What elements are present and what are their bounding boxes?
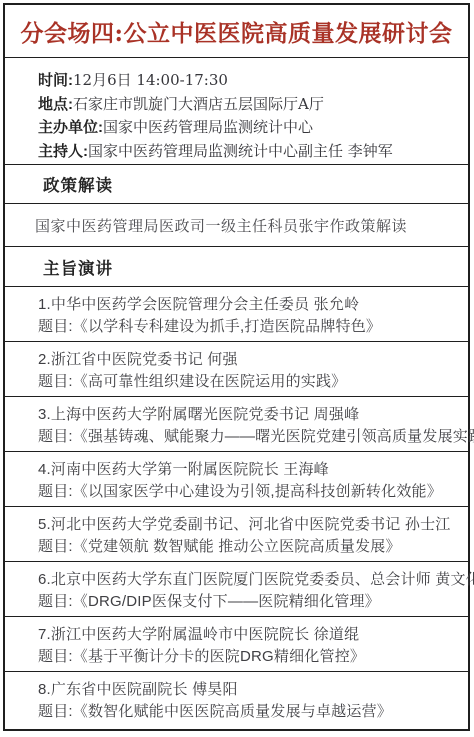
speech-speaker: 1.中华中医药学会医院管理分会主任委员 张允岭 [38, 294, 460, 316]
info-line-organizer: 主办单位:国家中医药管理局监测统计中心 [38, 116, 458, 140]
title-row: 分会场四:公立中医医院高质量发展研讨会 [5, 5, 468, 58]
page-title: 分会场四:公立中医医院高质量发展研讨会 [21, 15, 453, 48]
info-value-host: 国家中医药管理局监测统计中心副主任 李钟军 [88, 142, 393, 160]
section-header-keynote: 主旨演讲 [5, 247, 468, 287]
info-label-time: 时间: [38, 72, 73, 89]
speech-speaker: 6.北京中医药大学东直门医院厦门医院党委委员、总会计师 黄文化 [38, 569, 460, 591]
speech-topic: 题目:《高可靠性组织建设在医院运用的实践》 [38, 371, 460, 393]
speech-topic: 题目:《以学科专科建设为抓手,打造医院品牌特色》 [38, 316, 460, 338]
policy-content-row: 国家中医药管理局医政司一级主任科员张宇作政策解读 [5, 204, 468, 247]
info-label-organizer: 主办单位: [38, 119, 103, 136]
speech-item-2: 2.浙江省中医院党委书记 何强 题目:《高可靠性组织建设在医院运用的实践》 [5, 342, 468, 397]
info-label-location: 地点: [38, 96, 73, 113]
speech-item-8: 8.广东省中医院副院长 傅昊阳 题目:《数智化赋能中医医院高质量发展与卓越运营》 [5, 672, 468, 729]
section-header-policy-label: 政策解读 [43, 172, 113, 196]
agenda-table: 分会场四:公立中医医院高质量发展研讨会 时间:12月6日 14:00-17:30… [3, 3, 470, 731]
speech-topic: 题目:《党建领航 数智赋能 推动公立医院高质量发展》 [38, 536, 460, 558]
speech-speaker: 4.河南中医药大学第一附属医院院长 王海峰 [38, 459, 460, 481]
speech-speaker: 5.河北中医药大学党委副书记、河北省中医院党委书记 孙士江 [38, 514, 460, 536]
info-value-location: 石家庄市凯旋门大酒店五层国际厅A厅 [73, 95, 324, 113]
policy-content-text: 国家中医药管理局医政司一级主任科员张宇作政策解读 [35, 215, 407, 236]
session-agenda-document: 分会场四:公立中医医院高质量发展研讨会 时间:12月6日 14:00-17:30… [0, 0, 474, 737]
info-line-host: 主持人:国家中医药管理局监测统计中心副主任 李钟军 [38, 140, 458, 164]
speech-speaker: 7.浙江中医药大学附属温岭市中医院院长 徐道绲 [38, 624, 460, 646]
info-line-time: 时间:12月6日 14:00-17:30 [38, 69, 458, 93]
section-header-policy: 政策解读 [5, 165, 468, 204]
speech-speaker: 8.广东省中医院副院长 傅昊阳 [38, 679, 460, 701]
speech-item-4: 4.河南中医药大学第一附属医院院长 王海峰 题目:《以国家医学中心建设为引领,提… [5, 452, 468, 507]
speech-topic: 题目:《基于平衡计分卡的医院DRG精细化管控》 [38, 646, 460, 668]
info-line-location: 地点:石家庄市凯旋门大酒店五层国际厅A厅 [38, 93, 458, 117]
speech-item-3: 3.上海中医药大学附属曙光医院党委书记 周强峰 题目:《强基铸魂、赋能聚力——曙… [5, 397, 468, 452]
speech-speaker: 2.浙江省中医院党委书记 何强 [38, 349, 460, 371]
session-info-block: 时间:12月6日 14:00-17:30 地点:石家庄市凯旋门大酒店五层国际厅A… [5, 58, 468, 165]
speech-topic: 题目:《DRG/DIP医保支付下——医院精细化管理》 [38, 591, 460, 613]
speech-item-1: 1.中华中医药学会医院管理分会主任委员 张允岭 题目:《以学科专科建设为抓手,打… [5, 287, 468, 342]
speech-topic: 题目:《强基铸魂、赋能聚力——曙光医院党建引领高质量发展实践》 [38, 426, 460, 448]
speech-item-7: 7.浙江中医药大学附属温岭市中医院院长 徐道绲 题目:《基于平衡计分卡的医院DR… [5, 617, 468, 672]
speech-speaker: 3.上海中医药大学附属曙光医院党委书记 周强峰 [38, 404, 460, 426]
speech-item-5: 5.河北中医药大学党委副书记、河北省中医院党委书记 孙士江 题目:《党建领航 数… [5, 507, 468, 562]
section-header-keynote-label: 主旨演讲 [43, 255, 113, 279]
info-value-organizer: 国家中医药管理局监测统计中心 [103, 118, 313, 136]
speech-topic: 题目:《以国家医学中心建设为引领,提高科技创新转化效能》 [38, 481, 460, 503]
info-label-host: 主持人: [38, 143, 88, 160]
info-value-time: 12月6日 14:00-17:30 [73, 71, 228, 89]
speech-topic: 题目:《数智化赋能中医医院高质量发展与卓越运营》 [38, 701, 460, 723]
speech-item-6: 6.北京中医药大学东直门医院厦门医院党委委员、总会计师 黄文化 题目:《DRG/… [5, 562, 468, 617]
